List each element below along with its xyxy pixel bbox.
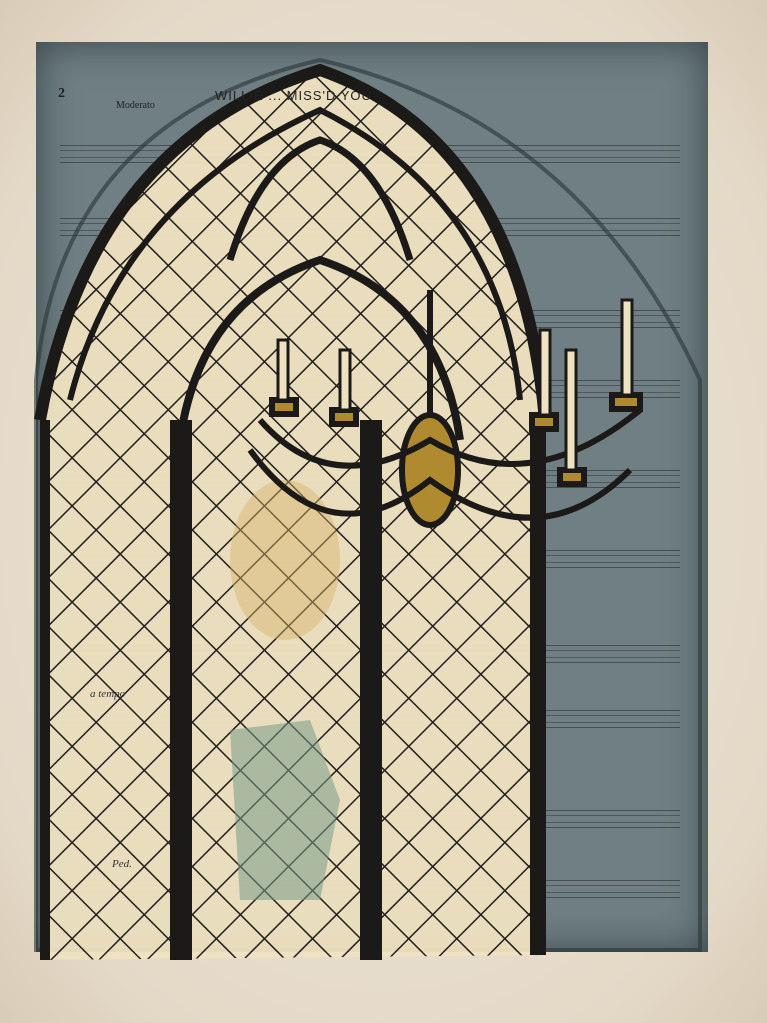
page-number: 2 xyxy=(58,86,65,102)
a-tempo-marking: a tempo xyxy=(90,688,125,700)
tempo-marking: Moderato xyxy=(116,100,155,111)
song-title: WILLIE ... MISS'D YOU xyxy=(215,88,372,103)
pedal-marking: Ped. xyxy=(112,858,132,870)
